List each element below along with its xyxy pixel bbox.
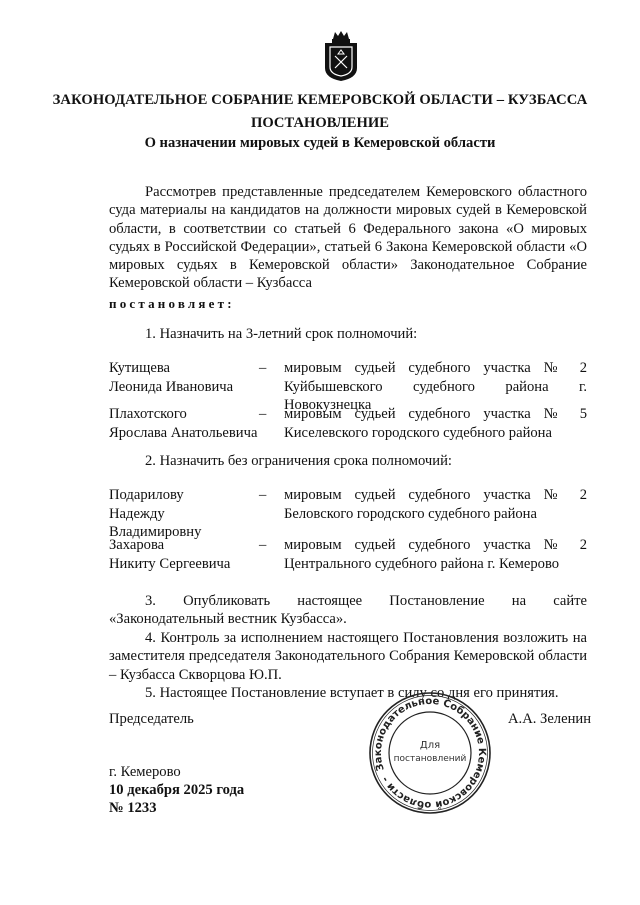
seal-center-line2: постановлений xyxy=(394,754,467,764)
signatory-title: Председатель xyxy=(109,711,194,728)
appointee-given-names: Никиту Сергеевича xyxy=(109,556,230,572)
seal-ring-text: Законодательное Собрание Кемеровской обл… xyxy=(367,690,493,816)
appointee-surname: Подарилову xyxy=(109,487,184,503)
dash: – xyxy=(259,536,266,555)
dash: – xyxy=(259,405,266,424)
appointee-position: мировым судьей судебного участка № 5 Кис… xyxy=(284,405,587,442)
appointee-given-names: Надежду Владимировну xyxy=(109,506,201,541)
organization-name: ЗАКОНОДАТЕЛЬНОЕ СОБРАНИЕ КЕМЕРОВСКОЙ ОБЛ… xyxy=(0,92,640,109)
dash: – xyxy=(259,359,266,378)
official-seal-stamp: Законодательное Собрание Кемеровской обл… xyxy=(367,690,493,816)
item-4: 4. Контроль за исполнением настоящего По… xyxy=(109,629,587,684)
document-date: 10 декабря 2025 года xyxy=(109,782,244,799)
section1-title: 1. Назначить на 3-летний срок полномочий… xyxy=(145,325,585,343)
appointee-surname: Захарова xyxy=(109,537,164,553)
appointee-position: мировым судьей судебного участка № 2 Цен… xyxy=(284,536,587,573)
document-subject: О назначении мировых судей в Кемеровской… xyxy=(0,135,640,152)
signatory-name: А.А. Зеленин xyxy=(508,711,591,728)
svg-text:Законодательное Собрание Кемер: Законодательное Собрание Кемеровской обл… xyxy=(367,690,493,816)
document-type: ПОСТАНОВЛЕНИЕ xyxy=(0,115,640,132)
appointee-given-names: Ярослава Анатольевича xyxy=(109,425,257,441)
city: г. Кемерово xyxy=(109,764,181,781)
item-3: 3. Опубликовать настоящее Постановление … xyxy=(109,592,587,629)
appointee-given-names: Леонида Ивановича xyxy=(109,379,233,395)
appointee-surname: Кутищева xyxy=(109,360,170,376)
kuzbass-coat-of-arms-icon xyxy=(322,30,360,82)
section2-title: 2. Назначить без ограничения срока полно… xyxy=(145,452,585,470)
item-5: 5. Настоящее Постановление вступает в си… xyxy=(109,684,587,702)
appointee-surname: Плахотского xyxy=(109,406,187,422)
resolves-label: постановляет: xyxy=(109,296,235,312)
dash: – xyxy=(259,486,266,505)
seal-center-line1: Для xyxy=(420,740,440,751)
appointee-position: мировым судьей судебного участка № 2 Бел… xyxy=(284,486,587,523)
document-number: № 1233 xyxy=(109,800,157,817)
preamble: Рассмотрев представленные председателем … xyxy=(109,183,587,293)
